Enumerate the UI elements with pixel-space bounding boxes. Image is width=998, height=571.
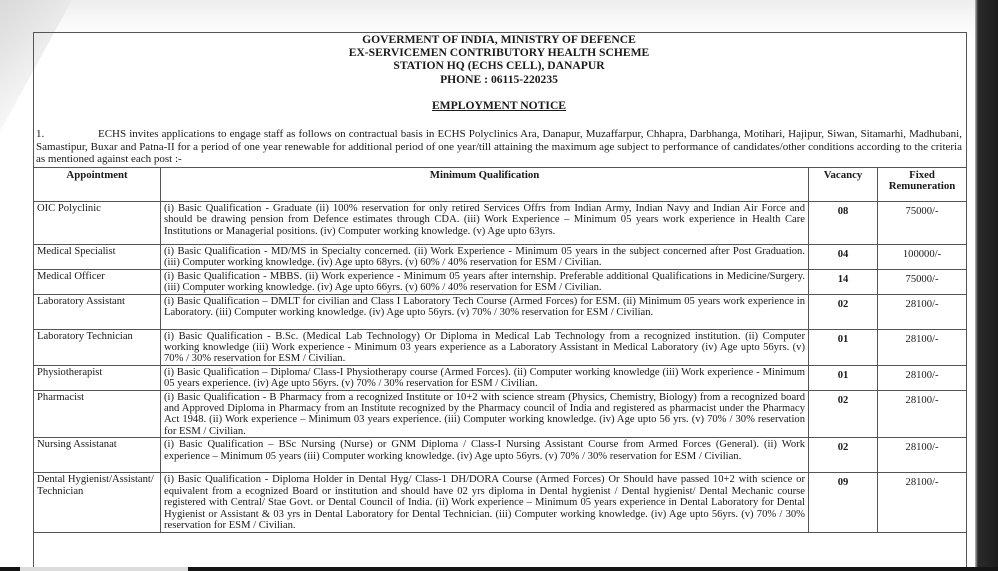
table-row: Laboratory Assistant(i) Basic Qualificat… xyxy=(34,294,967,329)
remuneration-cell: 28100/- xyxy=(878,329,967,365)
appointment-cell: Pharmacist xyxy=(34,390,161,438)
letterhead-station: STATION HQ (ECHS CELL), DANAPUR xyxy=(0,59,998,72)
table-row: OIC Polyclinic(i) Basic Qualification - … xyxy=(34,202,967,245)
intro-text: ECHS invites applications to engage staf… xyxy=(36,128,962,165)
posts-table: Appointment Minimum Qualification Vacanc… xyxy=(33,167,967,533)
remuneration-cell: 100000/- xyxy=(878,245,967,270)
column-header-remuneration: Fixed Remuneration xyxy=(878,168,967,202)
letterhead-phone: PHONE : 06115-220235 xyxy=(0,73,998,86)
table-row: Physiotherapist(i) Basic Qualification –… xyxy=(34,365,967,390)
qualification-cell: (i) Basic Qualification - Diploma Holder… xyxy=(161,473,809,533)
vacancy-cell: 01 xyxy=(809,329,878,365)
vacancy-cell: 09 xyxy=(809,473,878,533)
remuneration-cell: 28100/- xyxy=(878,438,967,473)
table-row: Medical Officer(i) Basic Qualification -… xyxy=(34,269,967,294)
appointment-cell: OIC Polyclinic xyxy=(34,202,161,245)
column-header-qualification: Minimum Qualification xyxy=(161,168,809,202)
table-row: Laboratory Technician(i) Basic Qualifica… xyxy=(34,329,967,365)
appointment-cell: Medical Officer xyxy=(34,269,161,294)
intro-paragraph: 1.ECHS invites applications to engage st… xyxy=(36,128,962,166)
appointment-cell: Nursing Assistanat xyxy=(34,438,161,473)
qualification-cell: (i) Basic Qualification – Diploma/ Class… xyxy=(161,365,809,390)
table-header-row: Appointment Minimum Qualification Vacanc… xyxy=(34,168,967,202)
qualification-cell: (i) Basic Qualification - Graduate (ii) … xyxy=(161,202,809,245)
letterhead-scheme: EX-SERVICEMEN CONTRIBUTORY HEALTH SCHEME xyxy=(0,46,998,59)
vacancy-cell: 04 xyxy=(809,245,878,270)
vacancy-cell: 01 xyxy=(809,365,878,390)
appointment-cell: Laboratory Assistant xyxy=(34,294,161,329)
scanned-page: GOVERMENT OF INDIA, MINISTRY OF DEFENCE … xyxy=(0,0,975,571)
notice-title: EMPLOYMENT NOTICE xyxy=(0,99,998,112)
letterhead: GOVERMENT OF INDIA, MINISTRY OF DEFENCE … xyxy=(0,33,998,86)
column-header-vacancy: Vacancy xyxy=(809,168,878,202)
vacancy-cell: 02 xyxy=(809,438,878,473)
remuneration-cell: 75000/- xyxy=(878,202,967,245)
remuneration-cell: 28100/- xyxy=(878,390,967,438)
vacancy-cell: 02 xyxy=(809,294,878,329)
vacancy-cell: 14 xyxy=(809,269,878,294)
appointment-cell: Dental Hygienist/Assistant/ Technician xyxy=(34,473,161,533)
letterhead-ministry: GOVERMENT OF INDIA, MINISTRY OF DEFENCE xyxy=(0,33,998,46)
remuneration-cell: 28100/- xyxy=(878,365,967,390)
appointment-cell: Medical Specialist xyxy=(34,245,161,270)
table-row: Medical Specialist(i) Basic Qualificatio… xyxy=(34,245,967,270)
qualification-cell: (i) Basic Qualification - B.Sc. (Medical… xyxy=(161,329,809,365)
appointment-cell: Physiotherapist xyxy=(34,365,161,390)
qualification-cell: (i) Basic Qualification - MBBS. (ii) Wor… xyxy=(161,269,809,294)
vacancy-cell: 08 xyxy=(809,202,878,245)
remuneration-cell: 28100/- xyxy=(878,294,967,329)
vacancy-cell: 02 xyxy=(809,390,878,438)
qualification-cell: (i) Basic Qualification - B Pharmacy fro… xyxy=(161,390,809,438)
qualification-cell: (i) Basic Qualification – BSc Nursing (N… xyxy=(161,438,809,473)
qualification-cell: (i) Basic Qualification - MD/MS in Speci… xyxy=(161,245,809,270)
column-header-appointment: Appointment xyxy=(34,168,161,202)
scan-edge-right xyxy=(975,0,998,571)
paragraph-number: 1. xyxy=(36,128,98,141)
remuneration-cell: 75000/- xyxy=(878,269,967,294)
qualification-cell: (i) Basic Qualification – DMLT for civil… xyxy=(161,294,809,329)
table-row: Pharmacist(i) Basic Qualification - B Ph… xyxy=(34,390,967,438)
appointment-cell: Laboratory Technician xyxy=(34,329,161,365)
table-row: Nursing Assistanat(i) Basic Qualificatio… xyxy=(34,438,967,473)
remuneration-cell: 28100/- xyxy=(878,473,967,533)
table-row: Dental Hygienist/Assistant/ Technician(i… xyxy=(34,473,967,533)
scan-edge-bottom xyxy=(0,567,998,571)
